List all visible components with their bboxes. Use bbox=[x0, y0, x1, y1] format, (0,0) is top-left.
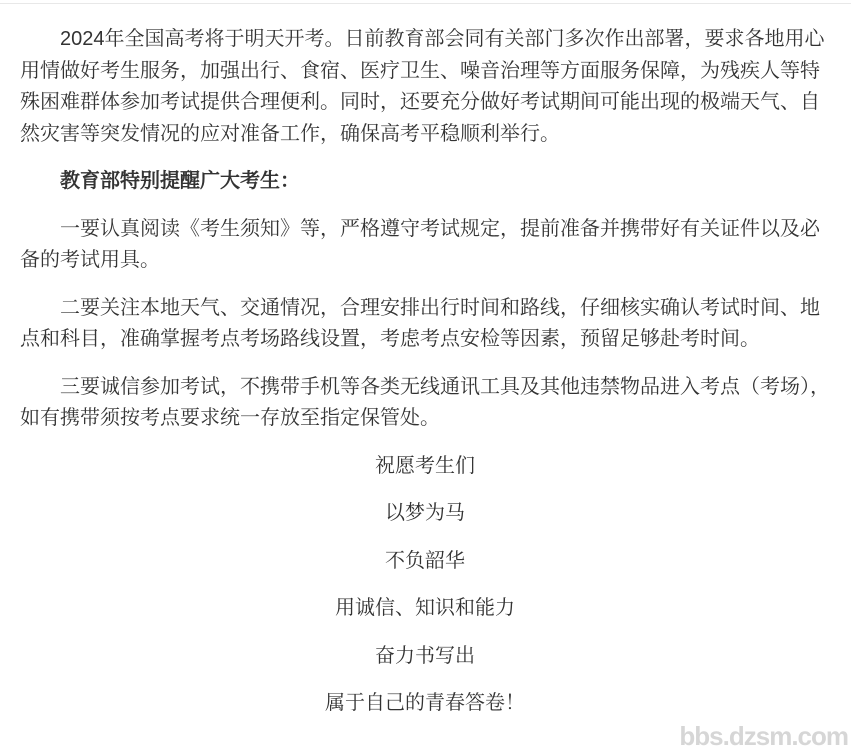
paragraph-reminder-heading: 教育部特别提醒广大考生： bbox=[20, 166, 830, 198]
wish-line-2: 以梦为马 bbox=[20, 498, 830, 530]
wish-line-1: 祝愿考生们 bbox=[20, 451, 830, 483]
paragraph-intro: 2024年全国高考将于明天开考。日前教育部会同有关部门多次作出部署，要求各地用心… bbox=[20, 24, 830, 150]
paragraph-item-one: 一要认真阅读《考生须知》等，严格遵守考试规定，提前准备并携带好有关证件以及必备的… bbox=[20, 214, 830, 277]
paragraph-item-three: 三要诚信参加考试，不携带手机等各类无线通讯工具及其他违禁物品进入考点（考场），如… bbox=[20, 372, 830, 435]
wish-line-6: 属于自己的青春答卷！ bbox=[20, 688, 830, 720]
site-watermark: bbs.dzsm.com bbox=[679, 723, 848, 749]
wish-line-4: 用诚信、知识和能力 bbox=[20, 593, 830, 625]
wish-line-5: 奋力书写出 bbox=[20, 641, 830, 673]
article-body: 2024年全国高考将于明天开考。日前教育部会同有关部门多次作出部署，要求各地用心… bbox=[0, 3, 851, 720]
wish-line-3: 不负韶华 bbox=[20, 546, 830, 578]
paragraph-item-two: 二要关注本地天气、交通情况，合理安排出行时间和路线，仔细核实确认考试时间、地点和… bbox=[20, 293, 830, 356]
